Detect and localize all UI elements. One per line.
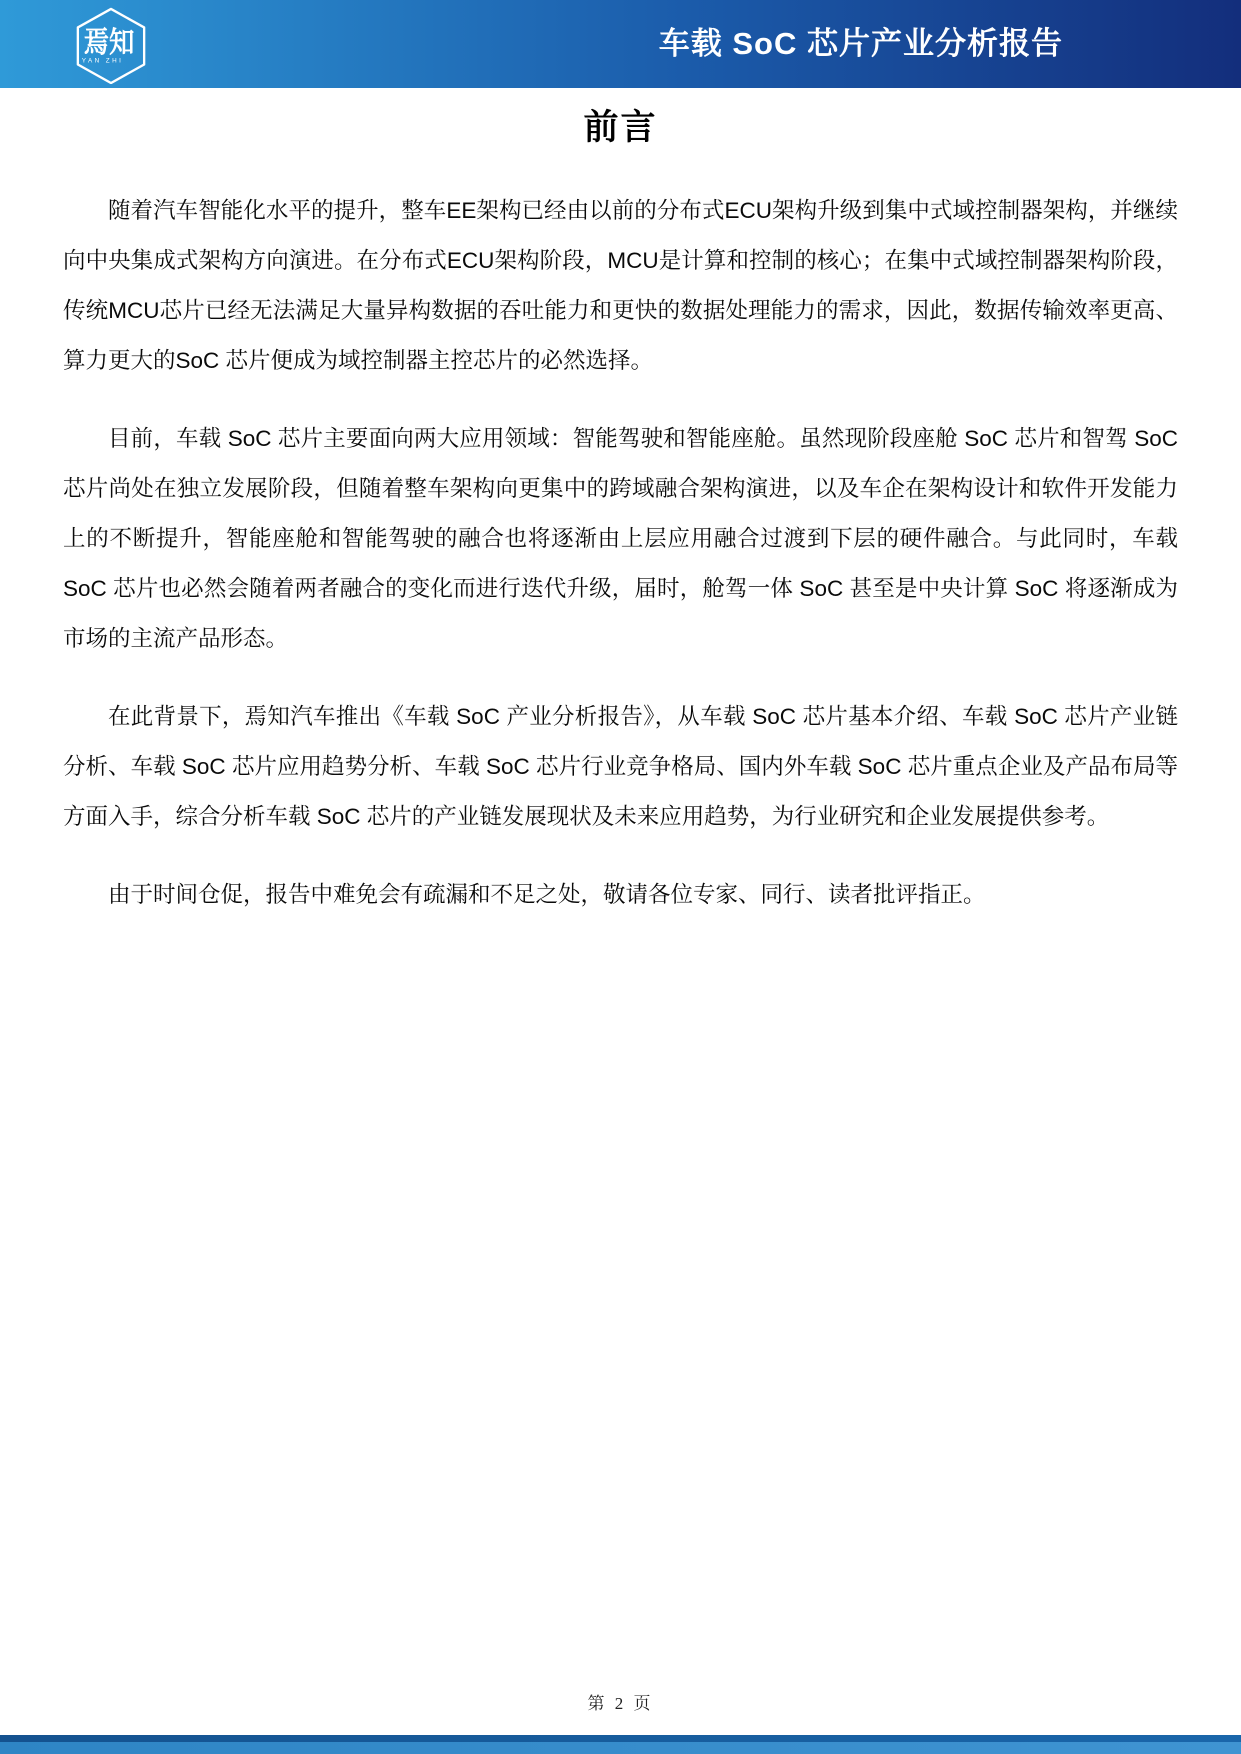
footer-bar-top-stripe: [0, 1735, 1241, 1742]
header-title: 车载 SoC 芯片产业分析报告: [659, 0, 1063, 88]
preface-paragraphs: 随着汽车智能化水平的提升，整车EE架构已经由以前的分布式ECU架构升级到集中式域…: [63, 186, 1178, 920]
yanzhi-logo-icon: 焉知 YAN ZHI: [72, 6, 150, 84]
footer-bar-bottom-stripe: [0, 1742, 1241, 1754]
paragraph: 由于时间仓促，报告中难免会有疏漏和不足之处，敬请各位专家、同行、读者批评指正。: [63, 870, 1178, 920]
logo-char-yan: 焉知: [84, 25, 135, 59]
report-page: 焉知 YAN ZHI 车载 SoC 芯片产业分析报告 前言 随着汽车智能化水平的…: [0, 0, 1241, 1754]
paragraph: 目前，车载 SoC 芯片主要面向两大应用领域：智能驾驶和智能座舱。虽然现阶段座舱…: [63, 414, 1178, 664]
footer-bar: [0, 1735, 1241, 1754]
paragraph: 在此背景下，焉知汽车推出《车载 SoC 产业分析报告》，从车载 SoC 芯片基本…: [63, 692, 1178, 842]
page-number-label: 第 2 页: [0, 1689, 1241, 1714]
page-title: 前言: [63, 100, 1178, 150]
paragraph: 随着汽车智能化水平的提升，整车EE架构已经由以前的分布式ECU架构升级到集中式域…: [63, 186, 1178, 386]
document-body: 前言 随着汽车智能化水平的提升，整车EE架构已经由以前的分布式ECU架构升级到集…: [0, 100, 1241, 920]
header-banner: 焉知 YAN ZHI 车载 SoC 芯片产业分析报告: [0, 0, 1241, 88]
logo-subtext: YAN ZHI: [82, 58, 124, 65]
